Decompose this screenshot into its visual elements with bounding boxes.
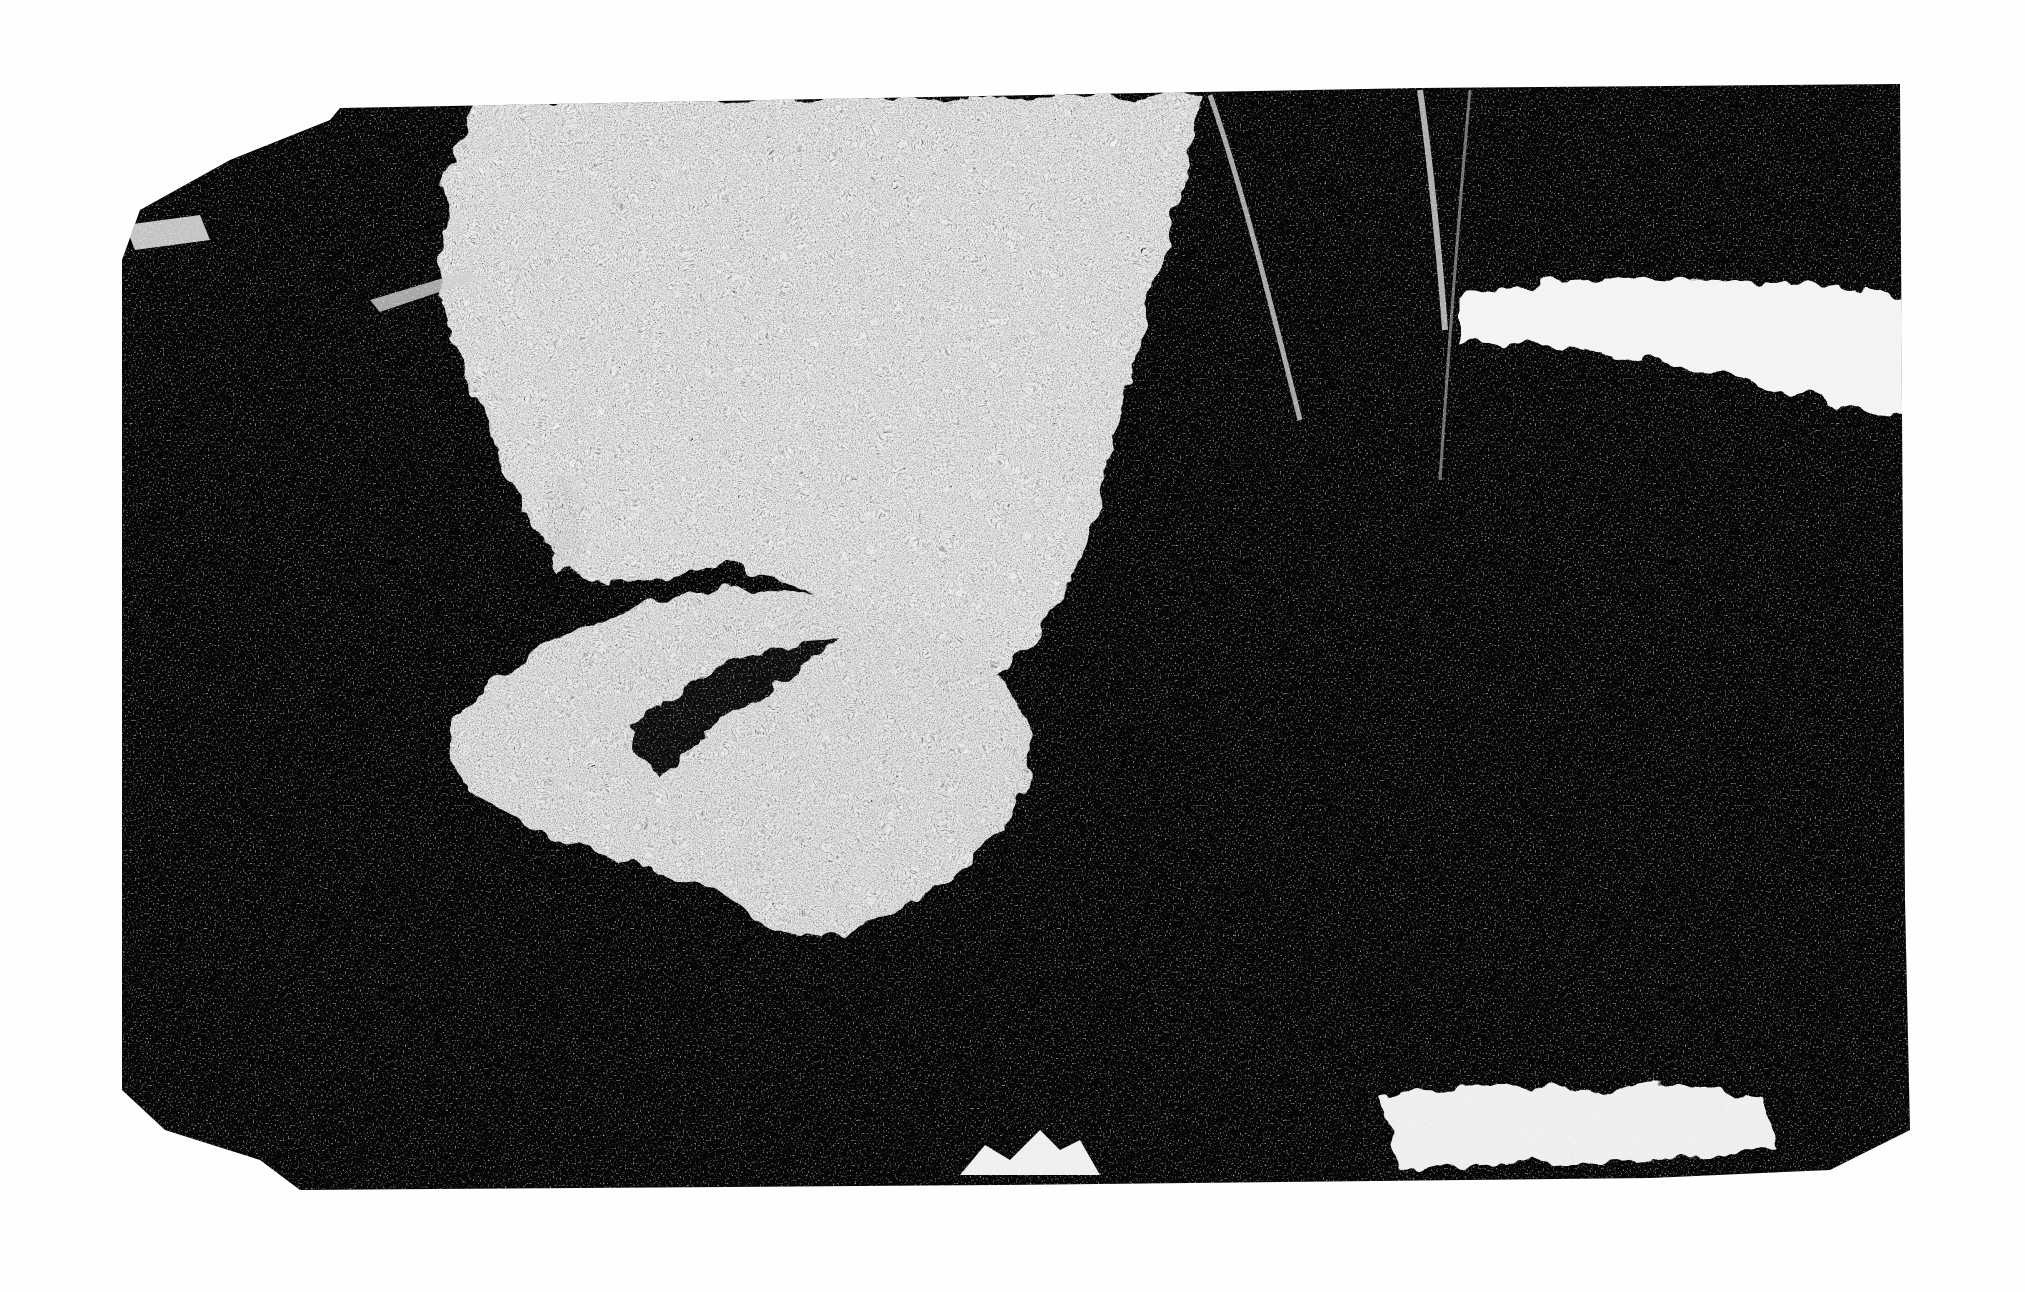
- photo-canvas: [0, 0, 2025, 1292]
- photo-region: [100, 80, 1930, 1200]
- photocopy-image: [0, 0, 2025, 1292]
